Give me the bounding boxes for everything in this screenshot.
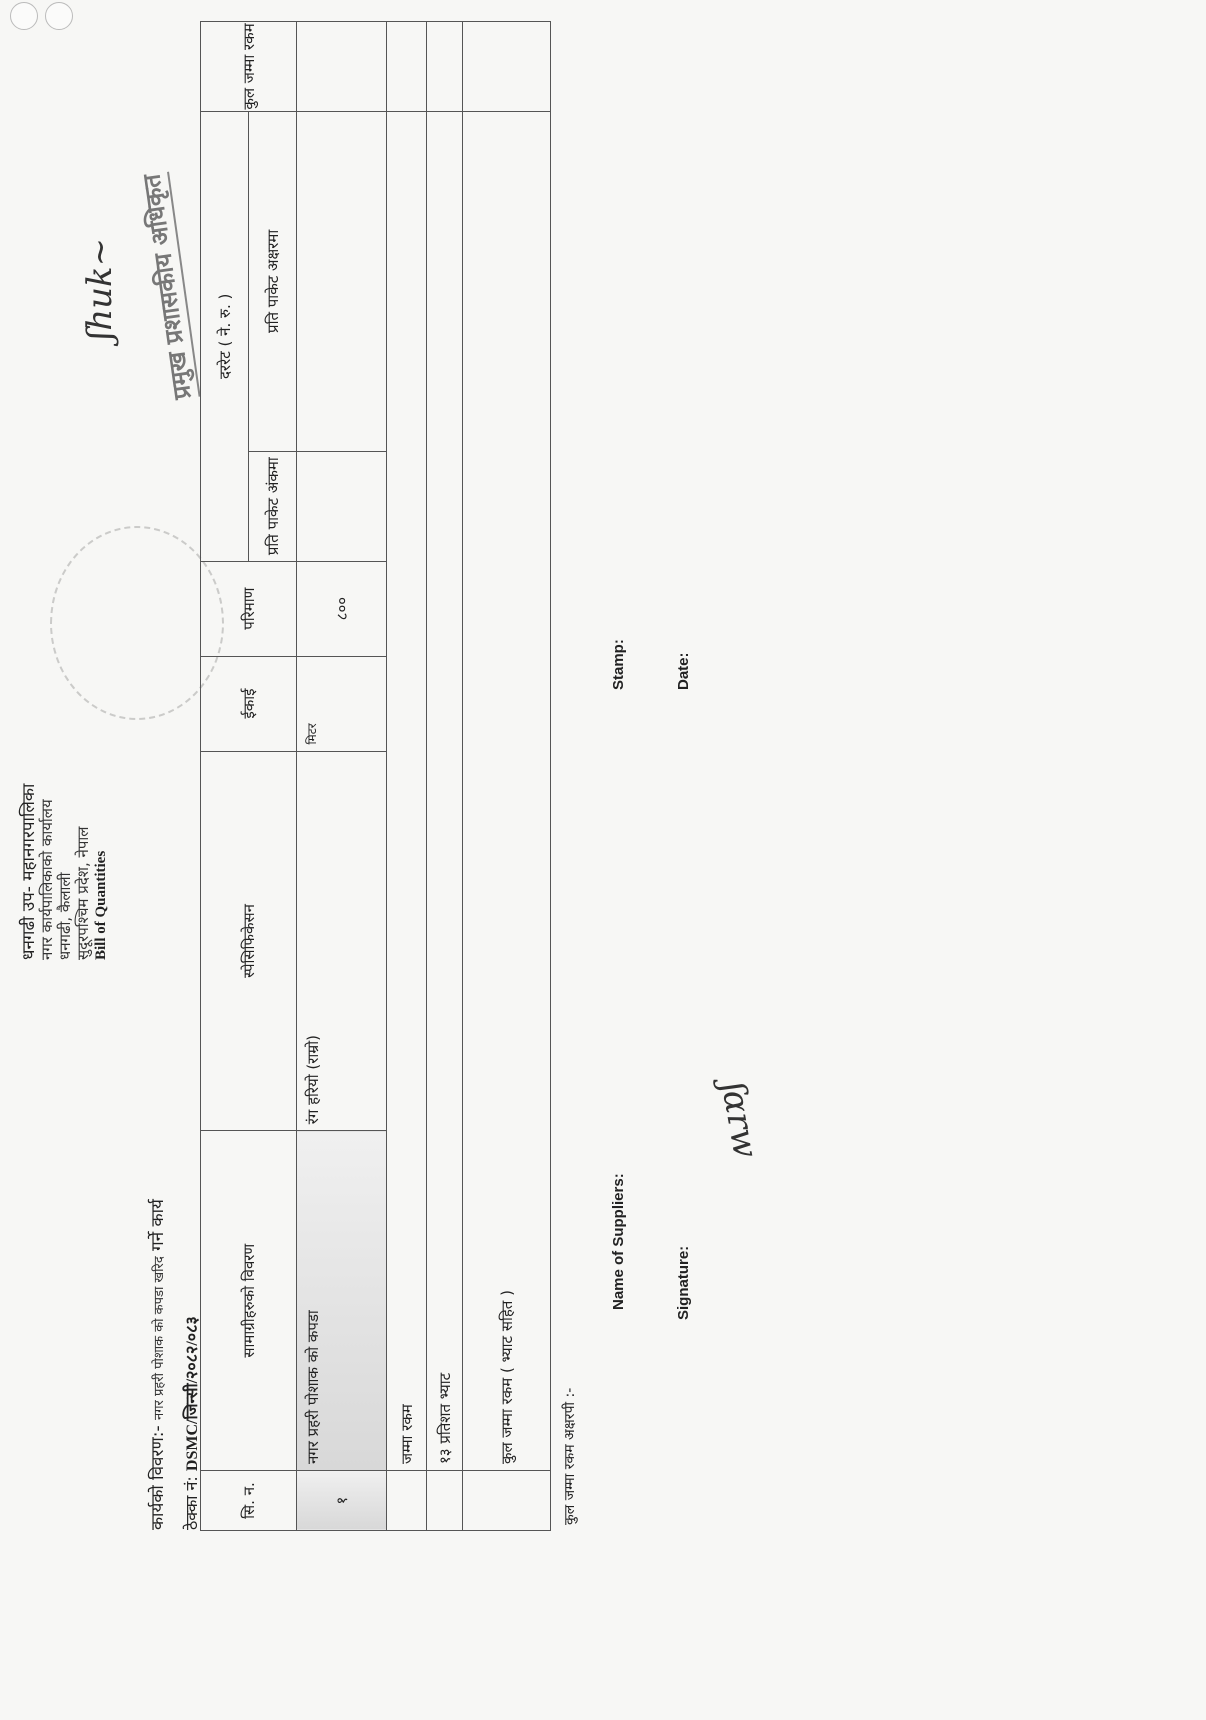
col-sn: सि. न. [201,1471,297,1531]
municipality-seal [50,526,224,720]
row-total[interactable] [297,22,387,112]
row-unit: मिटर [297,656,387,751]
row-rate-figures[interactable] [297,451,387,561]
bill-of-quantities-page: धनगढी उप- महानगरपालिका नगर कार्यपालिकाको… [0,0,1206,1720]
punch-hole [10,2,38,30]
office-name: नगर कार्यपालिकाको कार्यालय [38,600,56,960]
tender-code: DSMC/जिन्सी/२०८२/०८३ [184,1316,201,1471]
stamp-label: Stamp: [610,639,627,690]
row-sn: १ [297,1471,387,1531]
col-unit: ईकाई [201,656,297,751]
punch-hole [45,2,73,30]
work-suffix: गर्ने कार्य [148,1199,168,1251]
org-name: धनगढी उप- महानगरपालिका [20,600,38,960]
row-item: नगर प्रहरी पोशाक को कपडा [297,1131,387,1471]
boq-table: सि. न. सामाग्रीहरुको विवरण स्पेसिफिकेसन … [200,21,551,1531]
work-description: कार्यको विवरण:- नगर प्रहरी पोशाक को कपडा… [145,1199,168,1530]
subtotal-value[interactable] [387,22,427,112]
signature-label: Signature: [675,1246,692,1320]
tender-number: ठेक्का नं: DSMC/जिन्सी/२०८२/०८३ [180,1316,202,1530]
col-rate-figures: प्रति पाकेट अंकमा [249,451,297,561]
vat-value[interactable] [427,22,463,112]
col-item: सामाग्रीहरुको विवरण [201,1131,297,1471]
officer-signature: ʃhuk~ [80,238,120,340]
work-text: नगर प्रहरी पोशाक को कपडा खरिद [152,1256,167,1420]
col-quantity: परिमाण [201,561,297,656]
authority-stamp: प्रमुख प्रशासकीय अधिकृत [134,172,200,401]
grand-total-value[interactable] [463,22,551,112]
vat-label: १३ प्रतिशत भ्याट [427,111,463,1470]
col-rate-words: प्रति पाकेट अक्षरमा [249,111,297,451]
work-label: कार्यको विवरण:- [148,1425,168,1530]
subtotal-label: जम्मा रकम [387,111,427,1470]
supplier-signature: ʍɹɒʃ [709,1079,762,1163]
grand-total-label: कुल जम्मा रकम ( भ्याट सहित ) [463,111,551,1470]
date-label: Date: [675,652,692,690]
supplier-name-label: Name of Suppliers: [610,1173,627,1310]
summary-row: कुल जम्मा रकम ( भ्याट सहित ) [463,22,551,1531]
summary-row: जम्मा रकम [387,22,427,1531]
table-row: १ नगर प्रहरी पोशाक को कपडा रंग हरियो (रा… [297,22,387,1531]
row-quantity: ८०० [297,561,387,656]
col-total: कुल जम्मा रकम [201,22,297,112]
col-spec: स्पेसिफिकेसन [201,751,297,1131]
col-rate-group: दररेट ( ने. रु. ) [201,111,249,561]
amount-in-words-label: कुल जम्मा रकम अक्षरपी :- [560,1388,579,1525]
summary-row: १३ प्रतिशत भ्याट [427,22,463,1531]
tender-label: ठेक्का नं: [182,1476,201,1530]
row-spec: रंग हरियो (राम्रो) [297,751,387,1131]
row-rate-words[interactable] [297,111,387,451]
